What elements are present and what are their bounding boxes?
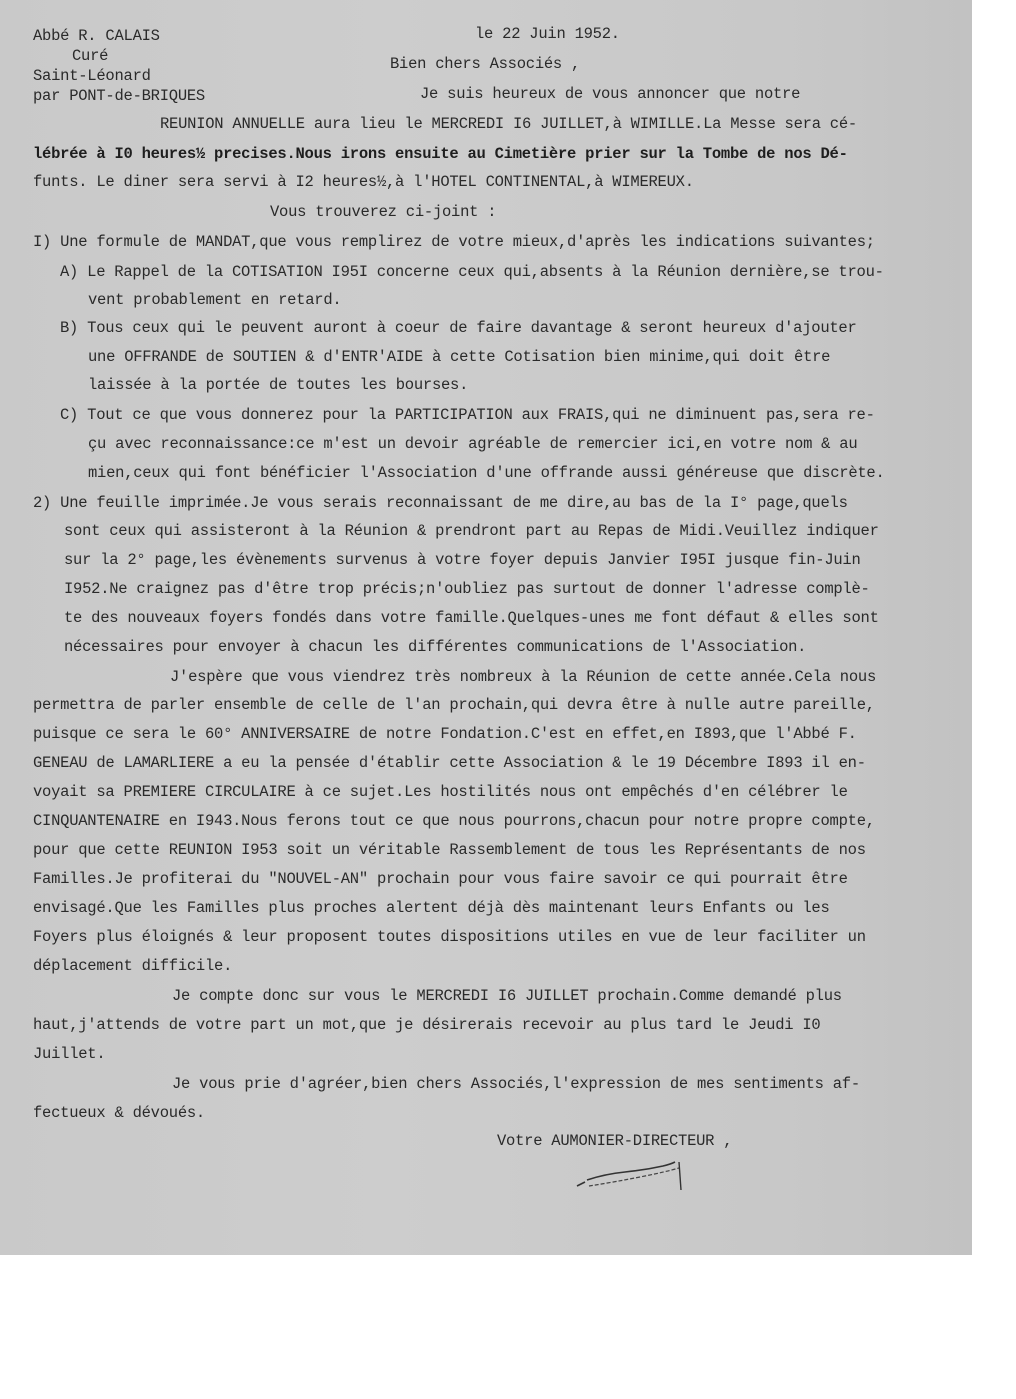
signature-mark: [575, 1160, 685, 1190]
paragraph3-line: Familles.Je profiterai du "NOUVEL-AN" pr…: [33, 869, 848, 889]
sender-title: Curé: [72, 46, 108, 66]
item1-b-line: B) Tous ceux qui le peuvent auront à coe…: [60, 318, 857, 338]
paragraph4-line: Juillet.: [33, 1044, 105, 1064]
item1-c-line: mien,ceux qui font bénéficier l'Associat…: [88, 463, 885, 483]
item1-heading: I) Une formule de MANDAT,que vous rempli…: [33, 232, 875, 252]
signoff: Votre AUMONIER-DIRECTEUR ,: [497, 1131, 732, 1151]
item1-b-line: laissée à la portée de toutes les bourse…: [88, 375, 468, 395]
item2-line: sur la 2° page,les évènements survenus à…: [64, 550, 861, 570]
paragraph3-line: pour que cette REUNION I953 soit un véri…: [33, 840, 866, 860]
paragraph3-line: déplacement difficile.: [33, 956, 232, 976]
intro-line: REUNION ANNUELLE aura lieu le MERCREDI I…: [160, 114, 857, 134]
paragraph4-line: Je compte donc sur vous le MERCREDI I6 J…: [172, 986, 842, 1006]
sender-parish: Saint-Léonard: [33, 66, 151, 86]
intro-line: Vous trouverez ci-joint :: [270, 202, 496, 222]
letter-date: le 22 Juin 1952.: [475, 24, 620, 44]
item1-c-line: C) Tout ce que vous donnerez pour la PAR…: [60, 405, 875, 425]
intro-line: funts. Le diner sera servi à I2 heures½,…: [33, 172, 694, 192]
item2-line: te des nouveaux foyers fondés dans votre…: [64, 608, 879, 628]
item1-a-line: A) Le Rappel de la COTISATION I95I conce…: [60, 262, 884, 282]
sender-location: par PONT-de-BRIQUES: [33, 86, 205, 106]
item2-line: sont ceux qui assisteront à la Réunion &…: [64, 521, 879, 541]
salutation: Bien chers Associés ,: [390, 54, 580, 74]
sender-name: Abbé R. CALAIS: [33, 26, 160, 46]
item2-line: nécessaires pour envoyer à chacun les di…: [64, 637, 806, 657]
item1-b-line: une OFFRANDE de SOUTIEN & d'ENTR'AIDE à …: [88, 347, 830, 367]
paragraph3-line: voyait sa PREMIERE CIRCULAIRE à ce sujet…: [33, 782, 848, 802]
paragraph3-line: J'espère que vous viendrez très nombreux…: [170, 667, 876, 687]
intro-line: Je suis heureux de vous annoncer que not…: [420, 84, 800, 104]
paragraph3-line: Foyers plus éloignés & leur proposent to…: [33, 927, 866, 947]
paragraph3-line: permettra de parler ensemble de celle de…: [33, 695, 875, 715]
item2-line: I952.Ne craignez pas d'être trop précis;…: [64, 579, 870, 599]
paragraph4-line: haut,j'attends de votre part un mot,que …: [33, 1015, 820, 1035]
closing-line: Je vous prie d'agréer,bien chers Associé…: [172, 1074, 860, 1094]
closing-line: fectueux & dévoués.: [33, 1103, 205, 1123]
paragraph3-line: puisque ce sera le 60° ANNIVERSAIRE de n…: [33, 724, 857, 744]
paragraph3-line: envisagé.Que les Familles plus proches a…: [33, 898, 830, 918]
intro-line: lébrée à I0 heures½ precises.Nous irons …: [33, 144, 848, 164]
paragraph3-line: GENEAU de LAMARLIERE a eu la pensée d'ét…: [33, 753, 866, 773]
item1-a-line: vent probablement en retard.: [88, 290, 341, 310]
item2-line: 2) Une feuille imprimée.Je vous serais r…: [33, 493, 848, 513]
item1-c-line: çu avec reconnaissance:ce m'est un devoi…: [88, 434, 857, 454]
paragraph3-line: CINQUANTENAIRE en I943.Nous ferons tout …: [33, 811, 875, 831]
letter-page: Abbé R. CALAIS Curé Saint-Léonard par PO…: [0, 0, 972, 1255]
